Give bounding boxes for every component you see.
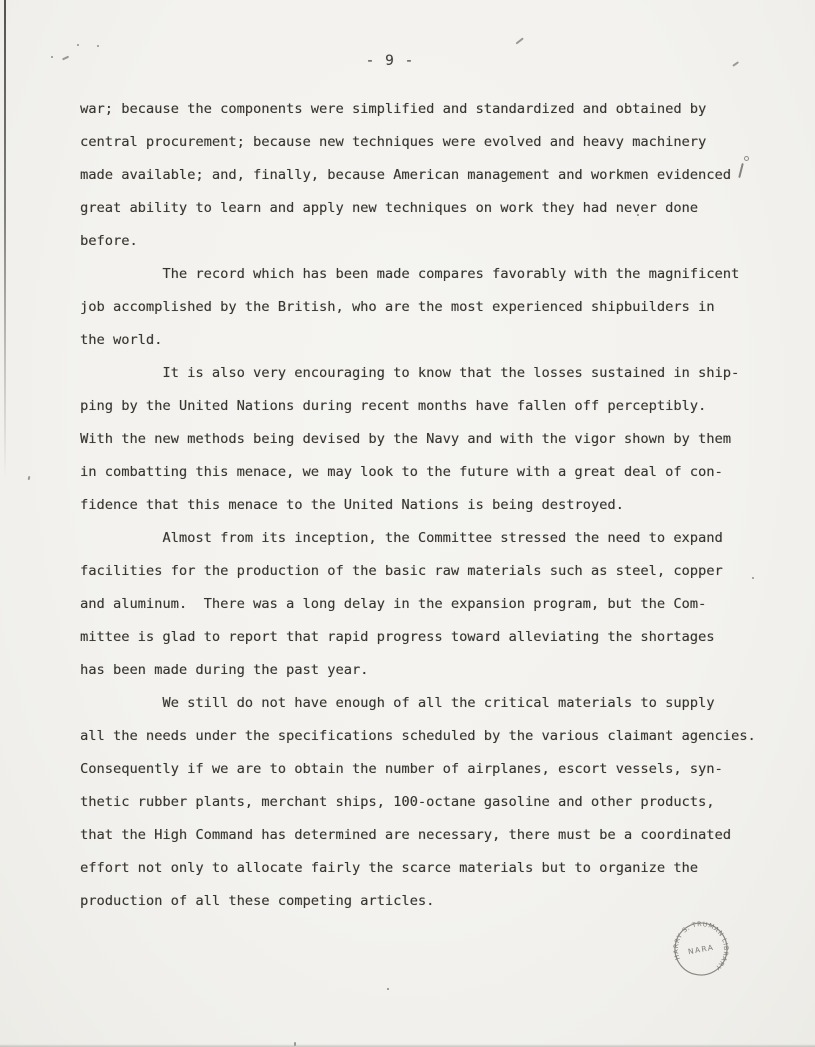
paragraph-4: Almost from its inception, the Committee… [80, 522, 790, 687]
paragraph-5: We still do not have enough of all the c… [80, 687, 790, 918]
scan-speckle [77, 44, 79, 46]
paragraph-3: It is also very encouraging to know that… [80, 357, 790, 522]
scan-edge-shadow [4, 0, 6, 480]
scan-speckle [387, 988, 389, 990]
scan-speckle [28, 476, 30, 480]
page-number: - 9 - [80, 53, 700, 69]
scan-speckle [62, 56, 69, 60]
stamp-center-text: NARA [687, 943, 715, 956]
scan-speckle [97, 45, 99, 47]
scan-speckle [51, 56, 53, 58]
paragraph-2: The record which has been made compares … [80, 258, 790, 357]
pen-mark [744, 156, 749, 161]
scan-speckle [294, 1042, 296, 1046]
scan-speckle [732, 61, 739, 66]
document-body: war; because the components were simplif… [80, 93, 790, 918]
paragraph-1: war; because the components were simplif… [80, 93, 790, 258]
truman-library-stamp-icon: HARRY S. TRUMAN LIBRARY NARA [656, 904, 746, 994]
scan-speckle [637, 214, 639, 216]
document-page: - 9 - war; because the components were s… [0, 0, 815, 1047]
scan-speckle [752, 577, 754, 579]
scan-speckle [515, 37, 523, 44]
